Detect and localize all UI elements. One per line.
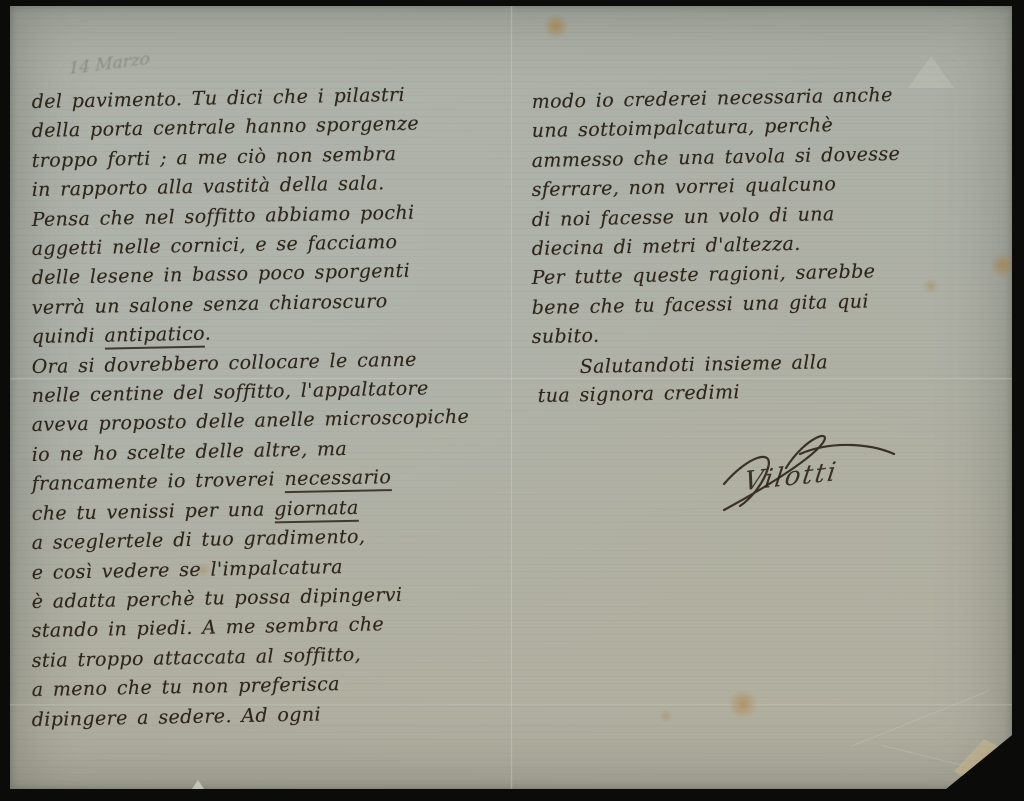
signature: Vilotti <box>682 428 912 518</box>
underline-flourish: giornata <box>274 496 359 523</box>
foxing-stain <box>658 710 674 722</box>
left-page: del pavimento. Tu dici che i pilastridel… <box>32 88 514 735</box>
bleedthrough-note: 14 Marzo <box>68 41 217 79</box>
paper-nick <box>192 780 204 789</box>
corner-crease <box>850 690 989 747</box>
right-page: modo io crederei necessaria ancheuna sot… <box>532 88 1004 411</box>
foxing-stain <box>542 14 570 38</box>
underline-flourish: necessario <box>284 466 391 493</box>
letter-scan: 14 Marzo del pavimento. Tu dici che i pi… <box>10 6 1012 789</box>
underline-flourish: antipatico <box>104 323 205 350</box>
dogear-fold <box>954 739 1012 787</box>
